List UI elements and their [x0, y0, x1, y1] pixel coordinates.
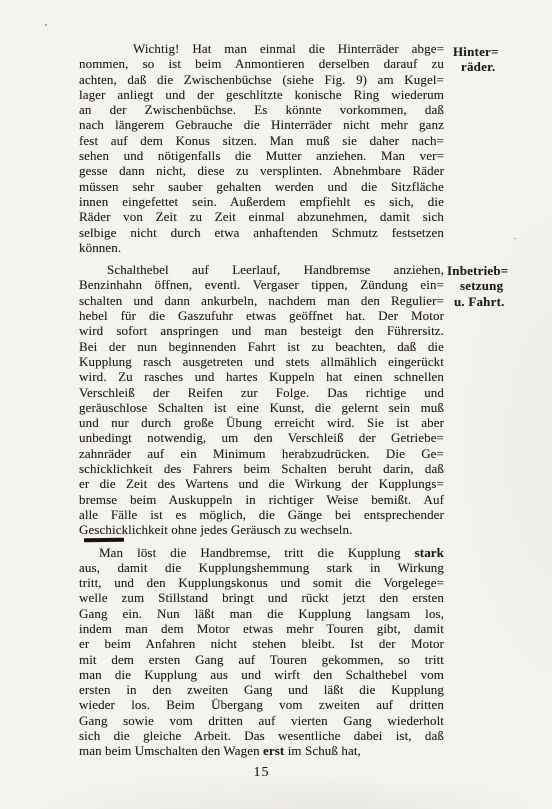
- print-artifact-mark: [84, 538, 124, 543]
- text-line: tritt, und den Kupplungskonus und somit …: [79, 575, 444, 590]
- margin-note-line: u. Fahrt.: [447, 294, 508, 309]
- text-line: alle Fälle ist es möglich, die Gänge bei…: [79, 507, 444, 522]
- text-line: aus, damit die Kupplungshemmung stark in…: [79, 560, 444, 575]
- text-line: sehen und nötigenfalls die Mutter anzieh…: [79, 148, 444, 163]
- text-line: innen eingefettet sein. Außerdem empfieh…: [79, 194, 444, 209]
- margin-note-line: räder.: [453, 59, 499, 74]
- text-line: unbedingt notwendig, um den Verschleiß d…: [79, 430, 444, 445]
- text-run: und nur durch große Übung erreicht wird.…: [79, 415, 444, 430]
- text-line: wird sofort anspringen und man besteigt …: [79, 323, 444, 338]
- text-line: Gang ein. Nun läßt man die Kupplung lang…: [79, 606, 444, 621]
- text-run: Gang sowie vom dritten auf vierten Gang …: [79, 713, 444, 728]
- scan-speck: [45, 24, 47, 26]
- text-run: sehen und nötigenfalls die Mutter anzieh…: [79, 148, 444, 163]
- text-line: Räder von Zeit zu Zeit einmal abzunehmen…: [79, 209, 444, 224]
- text-line: fest auf dem Konus sitzen. Man muß sie d…: [79, 133, 444, 148]
- paragraph: Wichtig! Hat man einmal die Hinterräder …: [79, 41, 444, 255]
- text-run: man beim Umschalten den Wagen: [79, 743, 263, 758]
- text-line: und nur durch große Übung erreicht wird.…: [79, 415, 444, 430]
- text-line: schicklichkeit des Fahrers beim Schalten…: [79, 461, 444, 476]
- text-run: schalten und dann ankurbeln, nachdem man…: [79, 293, 444, 308]
- text-run: Bei der nun beginnenden Fahrt ist zu bea…: [79, 339, 444, 354]
- text-line: welle zum Stillstand bringt und rückt je…: [79, 590, 444, 605]
- text-line: Kupplung rasch ausgetreten und stets all…: [79, 354, 444, 369]
- text-run: tritt, und den Kupplungskonus und somit …: [79, 575, 444, 590]
- text-line: man beim Umschalten den Wagen erst im Sc…: [79, 743, 444, 758]
- text-run: Gang ein. Nun läßt man die Kupplung lang…: [79, 606, 444, 621]
- text-run: Man löst die Handbremse, tritt die Kuppl…: [99, 545, 415, 560]
- text-line: müssen sehr sauber gehalten werden und d…: [79, 179, 444, 194]
- text-run: lager anliegt und der geschlitzte konisc…: [79, 87, 444, 102]
- text-run: innen eingefettet sein. Außerdem empfieh…: [79, 194, 444, 209]
- text-run: indem man dem Motor etwas mehr Touren gi…: [79, 621, 444, 636]
- text-line: Bei der nun beginnenden Fahrt ist zu bea…: [79, 339, 444, 354]
- text-line: Wichtig! Hat man einmal die Hinterräder …: [79, 41, 444, 56]
- text-line: an der Zwischenbüchse. Es könnte vorkomm…: [79, 102, 444, 117]
- text-run: Benzinhahn öffnen, eventl. Vergaser tipp…: [79, 277, 444, 292]
- text-block: Wichtig! Hat man einmal die Hinterräder …: [79, 41, 444, 759]
- text-run: achten, daß die Zwischenbüchse (siehe Fi…: [79, 72, 444, 87]
- text-run: welle zum Stillstand bringt und rückt je…: [79, 590, 444, 605]
- text-line: hebel für die Gaszufuhr etwas geöffnet h…: [79, 308, 444, 323]
- text-run: er beim Anfahren nicht stehen bleibt. Is…: [79, 636, 444, 651]
- text-run: wird. Zu rasches und hartes Kuppeln hat …: [79, 369, 444, 384]
- text-line: man die Kupplung aus und wirft den Schal…: [79, 667, 444, 682]
- text-run: selbige nicht durch etwa anhaftenden Sch…: [79, 225, 444, 240]
- text-run: im Schuß hat,: [284, 743, 361, 758]
- bold-text: stark: [415, 545, 444, 560]
- text-run: Kupplung rasch ausgetreten und stets all…: [79, 354, 444, 369]
- text-line: gesse dann nicht, diese zu versplinten. …: [79, 163, 444, 178]
- text-run: aus, damit die Kupplungshemmung stark in…: [79, 560, 444, 575]
- text-run: Geschicklichkeit ohne jedes Geräusch zu …: [79, 522, 352, 537]
- text-run: wieder los. Beim Übergang vom zweiten au…: [79, 697, 444, 712]
- text-line: Benzinhahn öffnen, eventl. Vergaser tipp…: [79, 277, 444, 292]
- text-run: er die Zeit des Wartens und die Wirkung …: [79, 476, 444, 491]
- text-run: an der Zwischenbüchse. Es könnte vorkomm…: [79, 102, 444, 117]
- text-run: fest auf dem Konus sitzen. Man muß sie d…: [79, 133, 444, 148]
- margin-note-line: setzung: [447, 278, 508, 293]
- paragraph: Man löst die Handbremse, tritt die Kuppl…: [79, 545, 444, 759]
- text-run: bremse beim Auskuppeln in richtiger Weis…: [79, 492, 444, 507]
- text-line: indem man dem Motor etwas mehr Touren gi…: [79, 621, 444, 636]
- text-run: ersten in den zweiten Gang und läßt die …: [79, 682, 444, 697]
- text-line: er die Zeit des Wartens und die Wirkung …: [79, 476, 444, 491]
- text-line: lager anliegt und der geschlitzte konisc…: [79, 87, 444, 102]
- text-run: hebel für die Gaszufuhr etwas geöffnet h…: [79, 308, 444, 323]
- text-line: Man löst die Handbremse, tritt die Kuppl…: [79, 545, 444, 560]
- text-run: müssen sehr sauber gehalten werden und d…: [79, 179, 444, 194]
- text-run: Schalthebel auf Leerlauf, Handbremse anz…: [107, 262, 444, 277]
- paragraph: Schalthebel auf Leerlauf, Handbremse anz…: [79, 262, 444, 537]
- text-run: geräuschlose Schalten ist eine Kunst, di…: [79, 400, 444, 415]
- text-run: zahnräder auf ein Minimum herabzudrücken…: [79, 446, 444, 461]
- text-line: wird. Zu rasches und hartes Kuppeln hat …: [79, 369, 444, 384]
- scan-speck: [514, 238, 516, 239]
- text-run: wird sofort anspringen und man besteigt …: [79, 323, 444, 338]
- text-run: nommen, so ist beim Anmontieren derselbe…: [79, 56, 444, 71]
- text-run: man die Kupplung aus und wirft den Schal…: [79, 667, 444, 682]
- text-line: können.: [79, 240, 444, 255]
- text-run: gesse dann nicht, diese zu versplinten. …: [79, 163, 444, 178]
- text-run: Räder von Zeit zu Zeit einmal abzunehmen…: [79, 209, 444, 224]
- text-run: schicklichkeit des Fahrers beim Schalten…: [79, 461, 444, 476]
- text-line: bremse beim Auskuppeln in richtiger Weis…: [79, 492, 444, 507]
- margin-note-hinterraeder: Hinter= räder.: [453, 44, 499, 75]
- text-run: Wichtig! Hat man einmal die Hinterräder …: [133, 41, 444, 56]
- text-line: geräuschlose Schalten ist eine Kunst, di…: [79, 400, 444, 415]
- text-run: mit dem ersten Gang auf Touren gekommen,…: [79, 652, 444, 667]
- text-run: Verschleiß der Reifen zur Folge. Das ric…: [79, 385, 444, 400]
- text-line: Schalthebel auf Leerlauf, Handbremse anz…: [79, 262, 444, 277]
- text-line: ersten in den zweiten Gang und läßt die …: [79, 682, 444, 697]
- page-number: 15: [79, 765, 444, 781]
- text-line: Gang sowie vom dritten auf vierten Gang …: [79, 713, 444, 728]
- text-line: Verschleiß der Reifen zur Folge. Das ric…: [79, 385, 444, 400]
- text-line: nommen, so ist beim Anmontieren derselbe…: [79, 56, 444, 71]
- text-line: zahnräder auf ein Minimum herabzudrücken…: [79, 446, 444, 461]
- text-line: sich die gleiche Arbeit. Das wesentliche…: [79, 728, 444, 743]
- text-run: unbedingt notwendig, um den Verschleiß d…: [79, 430, 444, 445]
- bold-text: erst: [263, 743, 284, 758]
- text-run: nach längerem Gebrauche die Hinterräder …: [79, 117, 444, 132]
- text-line: nach längerem Gebrauche die Hinterräder …: [79, 117, 444, 132]
- text-line: mit dem ersten Gang auf Touren gekommen,…: [79, 652, 444, 667]
- text-line: wieder los. Beim Übergang vom zweiten au…: [79, 697, 444, 712]
- margin-note-line: Inbetrieb=: [447, 263, 508, 278]
- text-run: alle Fälle ist es möglich, die Gänge bei…: [79, 507, 444, 522]
- text-line: er beim Anfahren nicht stehen bleibt. Is…: [79, 636, 444, 651]
- text-line: selbige nicht durch etwa anhaftenden Sch…: [79, 225, 444, 240]
- text-line: Geschicklichkeit ohne jedes Geräusch zu …: [79, 522, 444, 537]
- book-page: Wichtig! Hat man einmal die Hinterräder …: [0, 0, 552, 809]
- text-line: schalten und dann ankurbeln, nachdem man…: [79, 293, 444, 308]
- margin-note-inbetriebsetzung: Inbetrieb= setzung u. Fahrt.: [447, 263, 508, 309]
- text-run: sich die gleiche Arbeit. Das wesentliche…: [79, 728, 444, 743]
- text-run: können.: [79, 240, 121, 255]
- text-line: achten, daß die Zwischenbüchse (siehe Fi…: [79, 72, 444, 87]
- margin-note-line: Hinter=: [453, 44, 499, 59]
